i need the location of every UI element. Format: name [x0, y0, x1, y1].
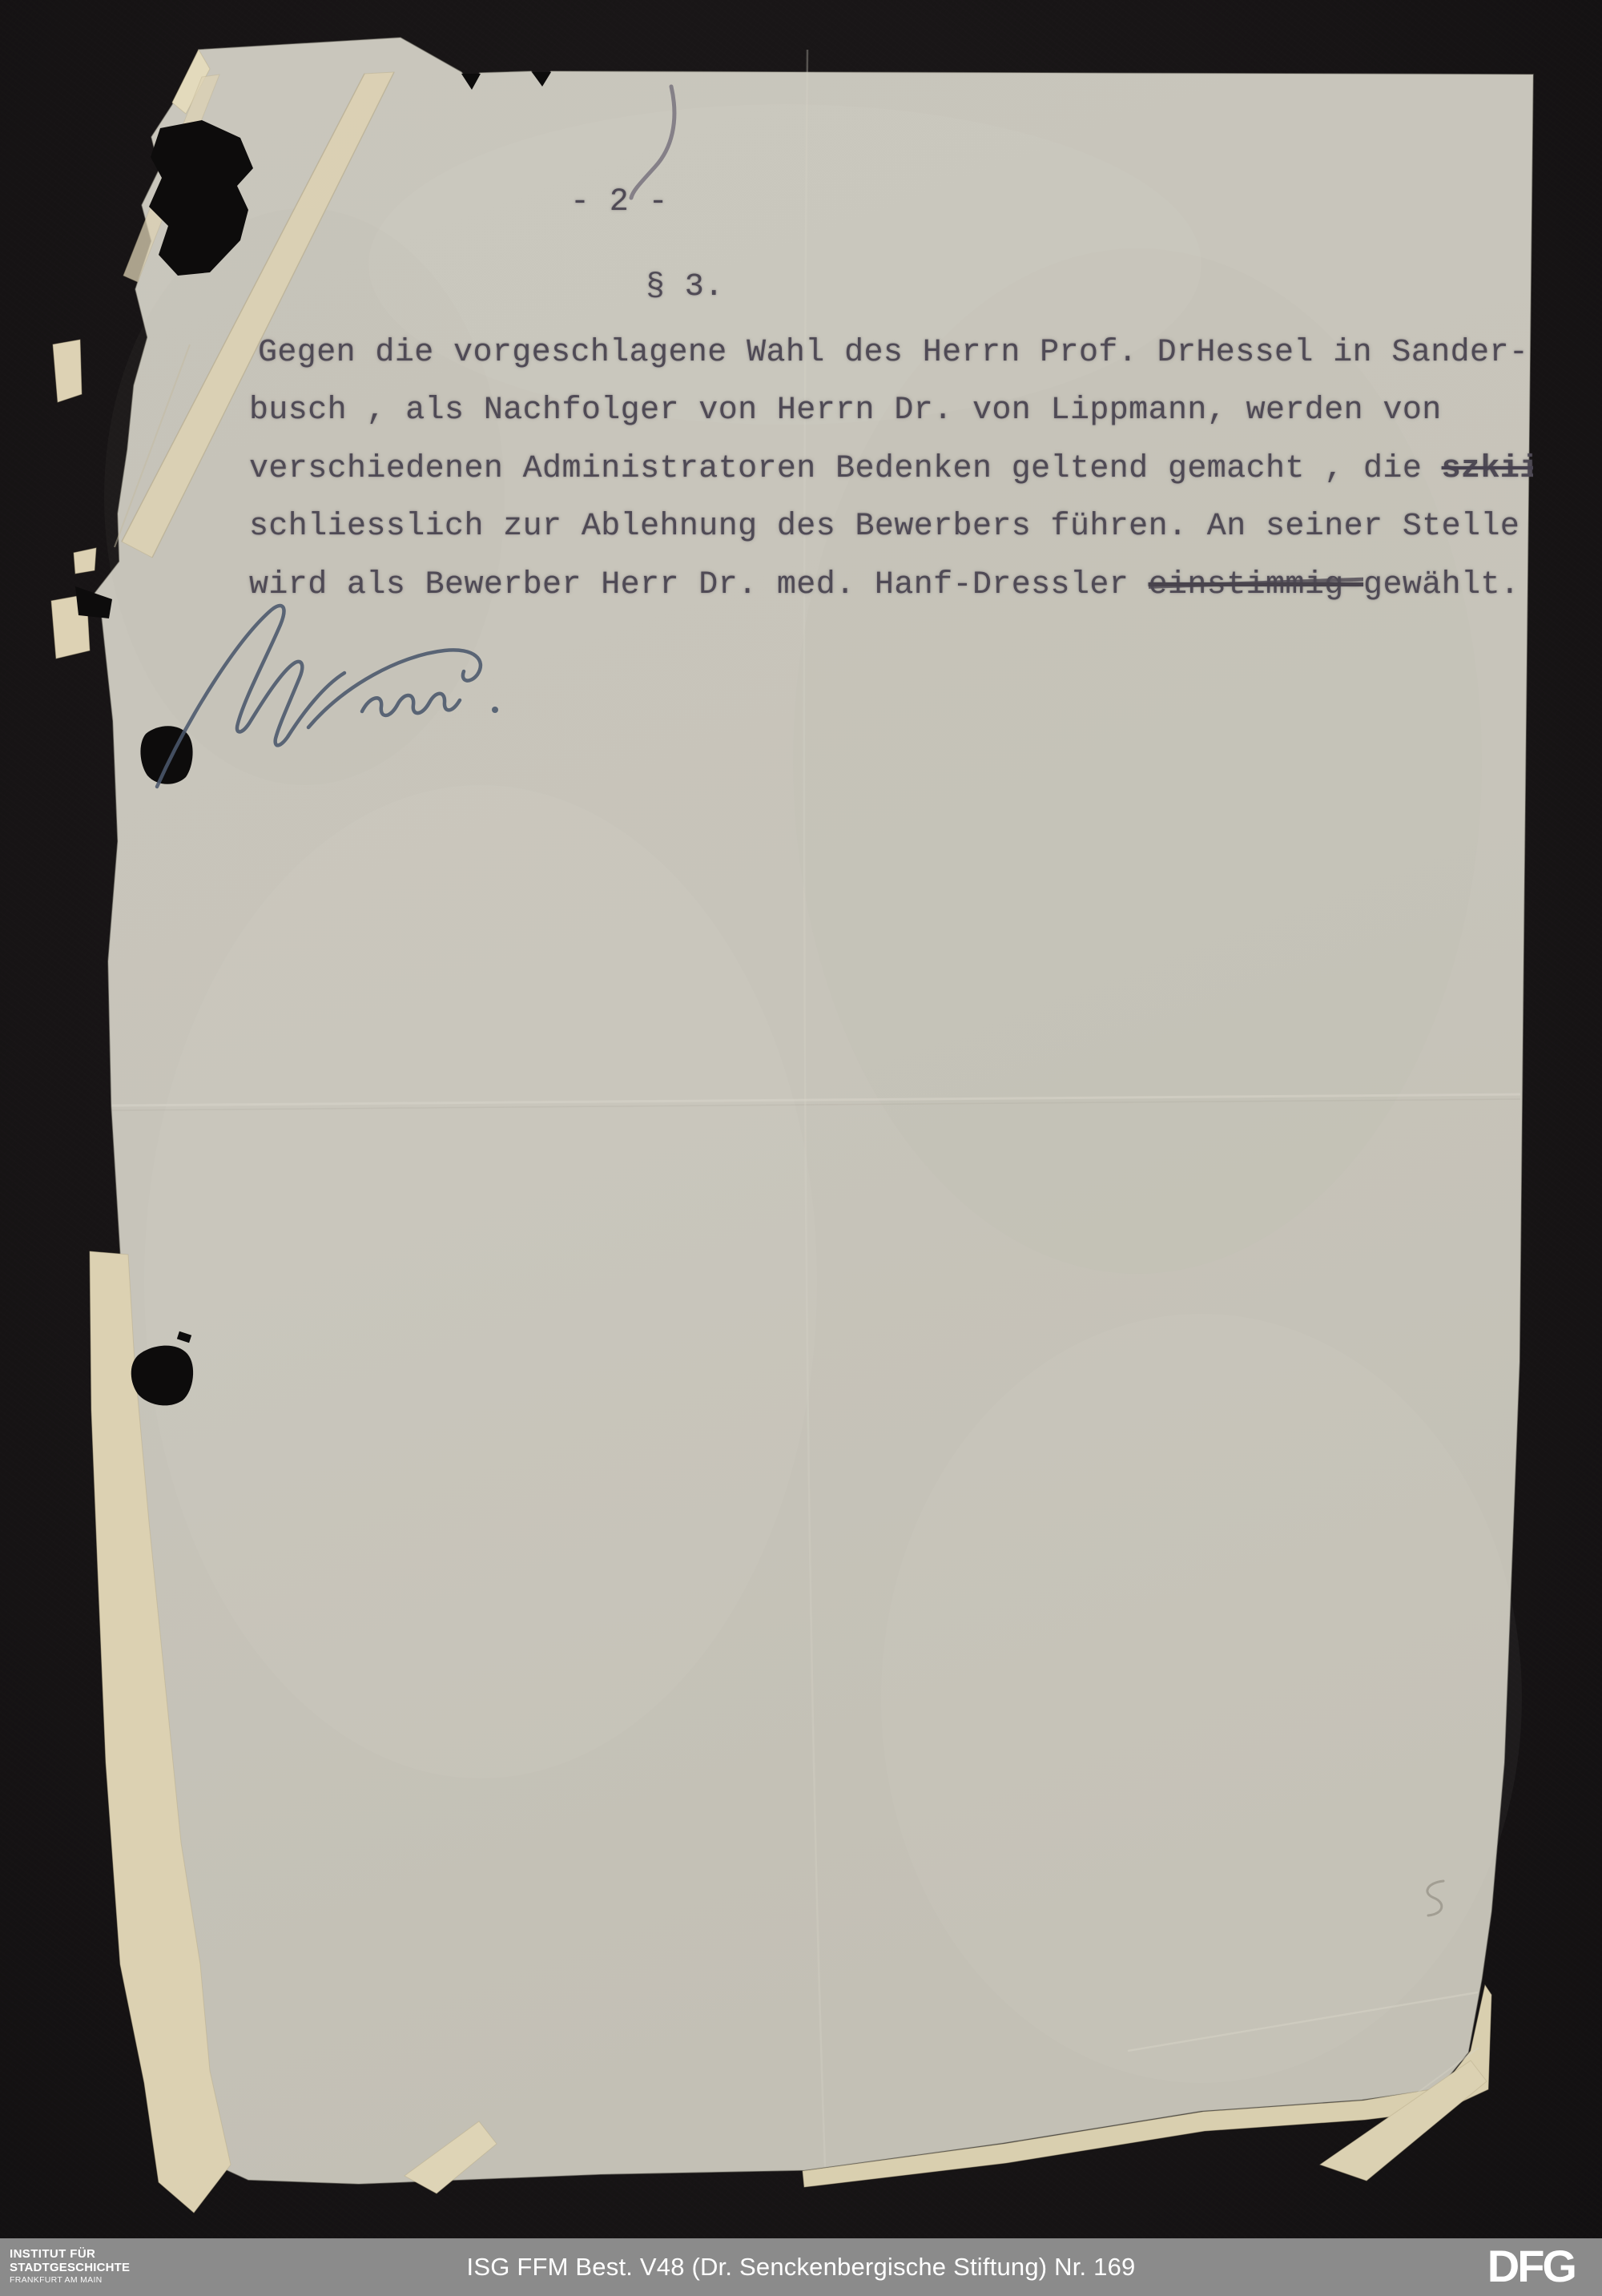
footer-bar: INSTITUT FÜR STADTGESCHICHTE FRANKFURT A… — [0, 2238, 1602, 2296]
typewritten-line: schliesslich zur Ablehnung des Bewerbers… — [249, 509, 1519, 546]
line-text: verschiedenen Administratoren Bedenken g… — [249, 451, 1442, 487]
dfg-logo: DFG — [1487, 2240, 1575, 2292]
section-heading: § 3. — [646, 269, 724, 306]
typewritten-line: verschiedenen Administratoren Bedenken g… — [249, 451, 1533, 488]
typewritten-line: Gegen die vorgeschlagene Wahl des Herrn … — [258, 335, 1528, 372]
page-number: - 2 - — [570, 184, 668, 221]
line-text: wird als Bewerber Herr Dr. med. Hanf-Dre… — [249, 567, 1149, 603]
line-text: Gegen die vorgeschlagene Wahl des Herrn … — [258, 335, 1528, 371]
line-text: gewählt. — [1363, 567, 1519, 603]
archive-scan-page: - 2 - § 3. Gegen die vorgeschlagene Wahl… — [0, 0, 1602, 2296]
overstruck-text: szkiix — [1442, 451, 1533, 487]
archive-reference-caption: ISG FFM Best. V48 (Dr. Senckenbergische … — [0, 2238, 1602, 2296]
crossed-out-word: einstimmig- — [1149, 567, 1363, 603]
typewritten-line: busch , als Nachfolger von Herrn Dr. von… — [249, 393, 1442, 429]
line-text: busch , als Nachfolger von Herrn Dr. von… — [249, 393, 1442, 429]
typewritten-line: wird als Bewerber Herr Dr. med. Hanf-Dre… — [249, 567, 1519, 604]
line-text: schliesslich zur Ablehnung des Bewerbers… — [249, 509, 1519, 545]
typewritten-text: - 2 - § 3. Gegen die vorgeschlagene Wahl… — [0, 0, 1533, 2237]
